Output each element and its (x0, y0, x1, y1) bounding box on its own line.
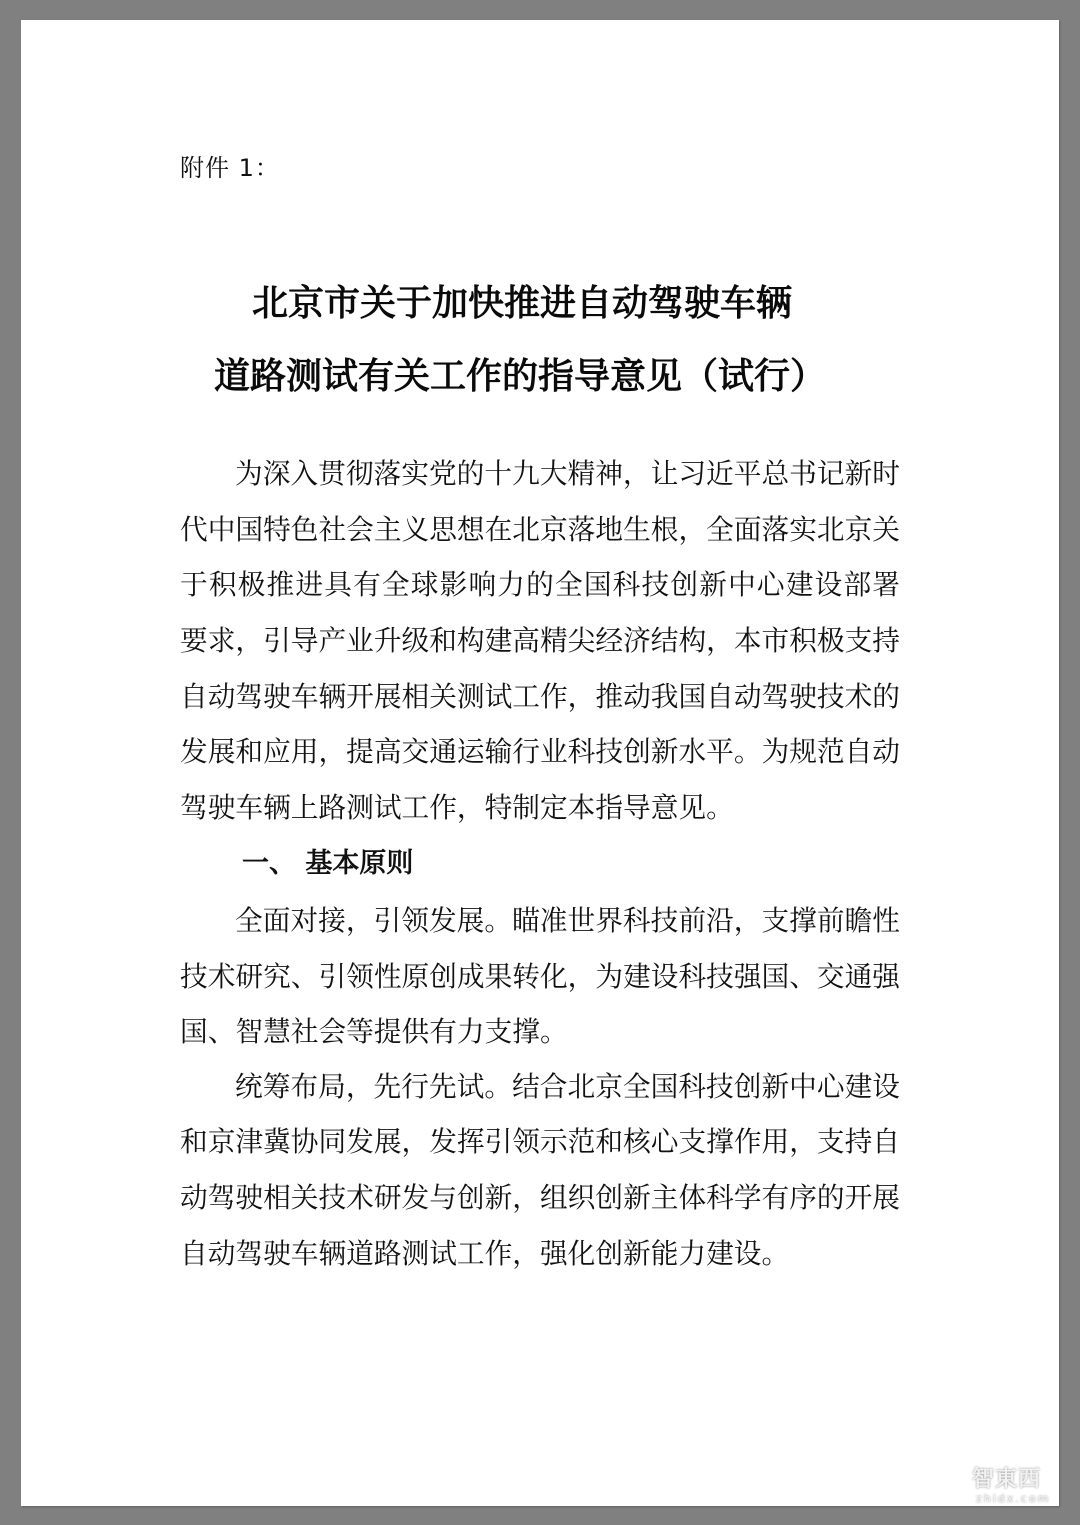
paragraph-line: 技术研究、引领性原创成果转化，为建设科技强国、交通强 (180, 961, 900, 993)
document-title-line-1: 北京市关于加快推进自动驾驶车辆 (252, 275, 792, 326)
paragraph-line: 要求，引导产业升级和构建高精尖经济结构，本市积极支持 (180, 625, 900, 657)
watermark-url: zhidx.com (976, 1492, 1072, 1506)
paragraph-line: 自动驾驶车辆道路测试工作，强化创新能力建设。 (180, 1238, 900, 1270)
document-page: 附件 1： 北京市关于加快推进自动驾驶车辆 道路测试有关工作的指导意见（试行） … (21, 20, 1059, 1506)
paragraph-line: 发展和应用，提高交通运输行业科技创新水平。为规范自动 (180, 736, 900, 768)
attachment-label: 附件 1： (180, 148, 280, 183)
document-title-line-2: 道路测试有关工作的指导意见（试行） (214, 348, 826, 399)
paragraph-line: 为深入贯彻落实党的十九大精神，让习近平总书记新时 (235, 458, 900, 490)
paragraph-line: 统筹布局，先行先试。结合北京全国科技创新中心建设 (235, 1071, 900, 1103)
section-heading: 一、 基本原则 (242, 848, 413, 880)
paragraph-line: 于积极推进具有全球影响力的全国科技创新中心建设部署 (180, 569, 900, 601)
paragraph-line: 自动驾驶车辆开展相关测试工作，推动我国自动驾驶技术的 (180, 681, 900, 713)
watermark-logo-text: 智東西 (972, 1468, 1072, 1492)
brand-watermark: 智東西 zhidx.com (972, 1468, 1072, 1518)
paragraph-line: 全面对接，引领发展。瞄准世界科技前沿，支撑前瞻性 (235, 905, 900, 937)
viewer-canvas: 附件 1： 北京市关于加快推进自动驾驶车辆 道路测试有关工作的指导意见（试行） … (0, 0, 1080, 1525)
paragraph-line: 驾驶车辆上路测试工作，特制定本指导意见。 (180, 792, 900, 824)
paragraph-line: 和京津冀协同发展，发挥引领示范和核心支撑作用，支持自 (180, 1126, 900, 1158)
paragraph-line: 国、智慧社会等提供有力支撑。 (180, 1016, 900, 1048)
paragraph-line: 动驾驶相关技术研发与创新，组织创新主体科学有序的开展 (180, 1182, 900, 1214)
paragraph-line: 代中国特色社会主义思想在北京落地生根，全面落实北京关 (180, 514, 900, 546)
